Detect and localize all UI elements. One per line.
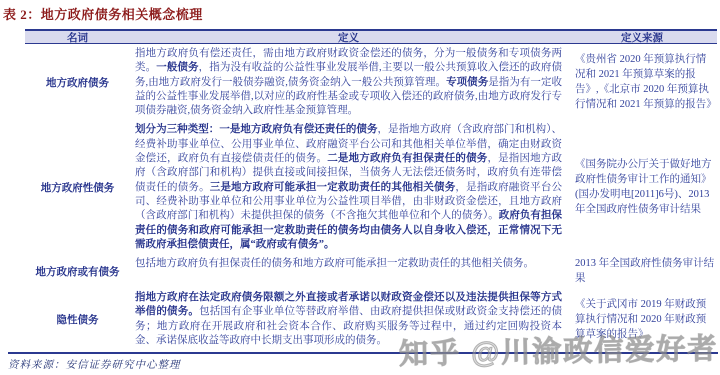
column-header-definition: 定义 (130, 30, 567, 45)
concepts-table: 名词 定义 定义来源 地方政府债务 指地方政府负有偿还责任，需由地方政府财政资金… (25, 29, 717, 350)
row-term: 地方政府或有债务 (25, 254, 130, 288)
row-term: 地方政府性债务 (25, 120, 130, 254)
column-header-source: 定义来源 (567, 30, 717, 45)
row-definition: 划分为三种类型：一是地方政府负有偿还责任的债务，是指地方政府（含政府部门和机构）… (130, 120, 567, 254)
table-header-row: 名词 定义 定义来源 (25, 29, 717, 44)
table-row: 地方政府债务 指地方政府负有偿还责任，需由地方政府财政资金偿还的债务，分为一般债… (25, 44, 717, 120)
source-note: 资料来源：安信证券研究中心整理 (8, 357, 181, 372)
table-title: 表 2：地方政府债务相关概念梳理 (3, 4, 203, 23)
row-definition: 指地方政府负有偿还责任，需由地方政府财政资金偿还的债务，分为一般债务和专项债务两… (130, 44, 567, 120)
row-source: 《国务院办公厅关于做好地方政府性债务审计工作的通知》(国办发明电[2011]6号… (567, 120, 717, 254)
row-source: 《贵州省 2020 年预算执行情况和 2021 年预算草案的报告》,《北京市 2… (567, 44, 717, 120)
row-term: 隐性债务 (25, 288, 130, 350)
table-row: 地方政府或有债务 包括地方政府负有担保责任的债务和地方政府可能承担一定救助责任的… (25, 254, 717, 288)
zhihu-watermark: 知乎 @川渝政信爱好者 (398, 326, 718, 373)
table-row: 地方政府性债务 划分为三种类型：一是地方政府负有偿还责任的债务，是指地方政府（含… (25, 120, 717, 254)
row-source: 2013 年全国政府性债务审计结果 (567, 254, 717, 288)
report-table-page: 表 2：地方政府债务相关概念梳理 名词 定义 定义来源 地方政府债务 指地方政府… (0, 0, 720, 375)
row-term: 地方政府债务 (25, 44, 130, 120)
column-header-term: 名词 (25, 30, 130, 45)
row-definition: 包括地方政府负有担保责任的债务和地方政府可能承担一定救助责任的其他相关债务。 (130, 254, 567, 288)
